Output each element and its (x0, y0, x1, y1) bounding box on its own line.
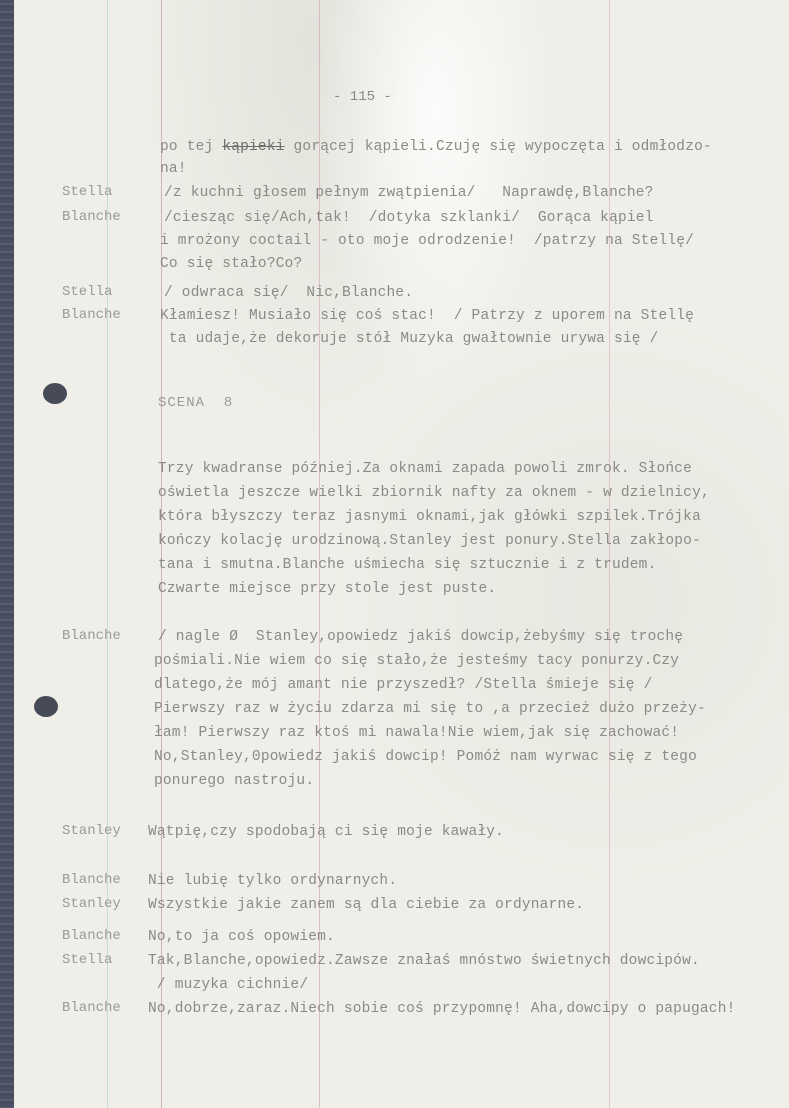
speaker-name: Blanche (62, 872, 121, 888)
stage-direction-line: Czwarte miejsce przy stole jest puste. (158, 578, 496, 601)
text: po tej (160, 139, 222, 155)
dialogue-line: pośmiali.Nie wiem co się stało,że jesteś… (154, 650, 679, 673)
speaker-name: Blanche (62, 209, 121, 225)
speaker-name: Stella (62, 284, 112, 300)
dialogue-line: No,dobrze,zaraz.Niech sobie coś przypomn… (148, 998, 736, 1021)
page-number: - 115 - (333, 89, 392, 105)
text: gorącej kąpieli.Czuję się wypoczęta i od… (285, 139, 712, 155)
speaker-name: Blanche (62, 628, 121, 644)
dialogue-line: Co się stało?Co? (160, 253, 302, 276)
opening-line: na! (160, 158, 187, 181)
speaker-name: Stella (62, 184, 112, 200)
dialogue-line: Tak,Blanche,opowiedz.Zawsze znałaś mnóst… (148, 950, 700, 973)
stage-direction-line: kończy kolację urodzinową.Stanley jest p… (158, 530, 701, 553)
scene-heading: SCENA 8 (158, 395, 233, 411)
stage-direction-line: Trzy kwadranse później.Za oknami zapada … (158, 458, 692, 481)
speaker-name: Stanley (62, 896, 121, 912)
stage-direction-line: tana i smutna.Blanche uśmiecha się sztuc… (158, 554, 656, 577)
dialogue-line: /z kuchni głosem pełnym zwątpienia/ Napr… (164, 182, 654, 205)
stage-direction-line: która błyszczy teraz jasnymi oknami,jak … (158, 506, 701, 529)
dialogue-line: /ciesząc się/Ach,tak! /dotyka szklanki/ … (164, 207, 654, 230)
dialogue-line: i mrożony coctail - oto moje odrodzenie!… (160, 230, 694, 253)
dialogue-line: dlatego,że mój amant nie przyszedł? /Ste… (154, 674, 652, 697)
opening-line: po tej kąpieki gorącej kąpieli.Czuję się… (160, 136, 712, 159)
dialogue-line: Nie lubię tylko ordynarnych. (148, 870, 397, 893)
dialogue-line: No,to ja coś opowiem. (148, 926, 335, 949)
speaker-name: Stanley (62, 823, 121, 839)
punch-hole (34, 696, 58, 717)
speaker-name: Blanche (62, 1000, 121, 1016)
dialogue-line: / nagle Ø Stanley,opowiedz jakiś dowcip,… (158, 626, 683, 649)
binding-edge (0, 0, 14, 1108)
speaker-name: Stella (62, 952, 112, 968)
speaker-name: Blanche (62, 307, 121, 323)
struck-word: kąpieki (222, 139, 284, 155)
stage-direction-line: oświetla jeszcze wielki zbiornik nafty z… (158, 482, 710, 505)
dialogue-line: Kłamiesz! Musiało się coś stac! / Patrzy… (160, 305, 694, 328)
dialogue-line: No,Stanley,0powiedz jakiś dowcip! Pomóż … (154, 746, 697, 769)
dialogue-line: Wszystkie jakie zanem są dla ciebie za o… (148, 894, 584, 917)
dialogue-line: łam! Pierwszy raz ktoś mi nawala!Nie wie… (154, 722, 679, 745)
dialogue-line: / odwraca się/ Nic,Blanche. (164, 282, 413, 305)
dialogue-line: Pierwszy raz w życiu zdarza mi się to ,a… (154, 698, 706, 721)
speaker-name: Blanche (62, 928, 121, 944)
punch-hole (43, 383, 67, 404)
dialogue-line: ponurego nastroju. (154, 770, 314, 793)
dialogue-line: ta udaje,że dekoruje stół Muzyka gwałtow… (160, 328, 658, 351)
dialogue-line: Wątpię,czy spodobają ci się moje kawały. (148, 821, 504, 844)
dialogue-line: / muzyka cichnie/ (148, 974, 308, 997)
